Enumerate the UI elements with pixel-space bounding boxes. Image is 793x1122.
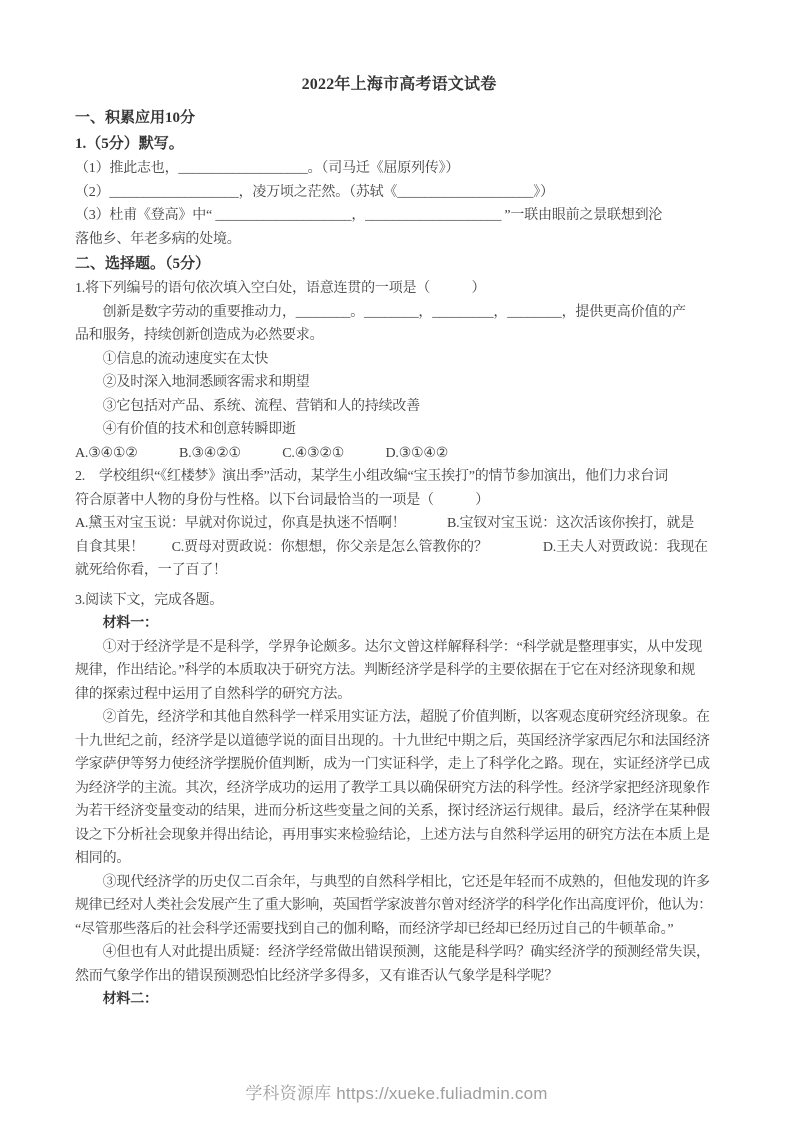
text-line: 设之下分析社会现象并得出结论，再用事实来检验结论，上述方法与自然科学运用的研究方…: [75, 824, 723, 848]
text-line: 相同的。: [75, 847, 723, 871]
text-line: 律的探索过程中运用了自然科学的研究方法。: [75, 683, 723, 707]
text-line: 创新是数字劳动的重要推动力，________。________，________…: [75, 301, 723, 325]
text-line: A.黛玉对宝玉说：早就对你说过，你真是执迷不悟啊！ B.宝钗对宝玉说：这次活该你…: [75, 512, 723, 536]
section-1-heading: 一、积累应用10分: [75, 105, 723, 131]
text-line: 品和服务，持续创新创造成为必然要求。: [75, 324, 723, 348]
text-line: ④但也有人对此提出质疑：经济学经常做出错误预测，这能是科学吗？确实经济学的预测经…: [75, 941, 723, 965]
question-1-lines: （1）推此志也，___________________。（司马迁《屈原列传》）（…: [75, 157, 723, 251]
text-line: ①信息的流动速度实在太快: [75, 348, 723, 372]
text-line: 1.将下列编号的语句依次填入空白处，语意连贯的一项是（ ）: [75, 277, 723, 301]
material-1-label: 材料一：: [75, 612, 723, 636]
text-line: 落他乡、年老多病的处境。: [75, 228, 723, 252]
text-line: 自食其果！ C.贾母对贾政说：你想想，你父亲是怎么管教你的？ D.王夫人对贾政说…: [75, 536, 723, 560]
text-line: 2. 学校组织“《红楼梦》演出季”活动，某学生小组改编“宝玉挨打”的情节参加演出…: [75, 465, 723, 489]
text-line: ②首先，经济学和其他自然科学一样采用实证方法，超脱了价值判断，以客观态度研究经济…: [75, 706, 723, 730]
text-line: ①对于经济学是不是科学，学界争论颇多。达尔文曾这样解释科学：“科学就是整理事实，…: [75, 636, 723, 660]
text-line: A.③④①② B.③④②① C.④③②① D.③①④②: [75, 442, 723, 466]
question-1-heading: 1.（5分）默写。: [75, 131, 723, 157]
text-line: 学家萨伊等努力使经济学摆脱价值判断，成为一门实证科学，走上了科学化之路。现在，实…: [75, 753, 723, 777]
text-line: （1）推此志也，___________________。（司马迁《屈原列传》）: [75, 157, 723, 181]
text-line: ②及时深入地洞悉顾客需求和期望: [75, 371, 723, 395]
text-line: 规律已经对人类社会发展产生了重大影响，英国哲学家波普尔曾对经济学的科学化作出高度…: [75, 894, 723, 918]
text-line: ④有价值的技术和创意转瞬即逝: [75, 418, 723, 442]
text-line: ③现代经济学的历史仅二百余年，与典型的自然科学相比，它还是年轻而不成熟的，但他发…: [75, 871, 723, 895]
material1-lines: ①对于经济学是不是科学，学界争论颇多。达尔文曾这样解释科学：“科学就是整理事实，…: [75, 636, 723, 989]
text-line: “尽管那些落后的社会科学还需要找到自己的伽利略，而经济学却已经却已经历过自己的牛…: [75, 918, 723, 942]
text-line: 规律，作出结论。”科学的本质取决于研究方法。判断经济学是科学的主要依据在于它在对…: [75, 659, 723, 683]
section-2-question-2-lines: 2. 学校组织“《红楼梦》演出季”活动，某学生小组改编“宝玉挨打”的情节参加演出…: [75, 465, 723, 583]
text-line: 为经济学的主流。其次，经济学成功的运用了教学工具以确保研究方法的科学性。经济学家…: [75, 777, 723, 801]
material-2-label: 材料二：: [75, 988, 723, 1012]
text-line: 十九世纪之前，经济学是以道德学说的面目出现的。十九世纪中期之后，英国经济学家西尼…: [75, 730, 723, 754]
footer-watermark: 学科资源库 https://xueke.fuliadmin.com: [0, 1079, 793, 1104]
question-3-intro: 3.阅读下文，完成各题。: [75, 589, 723, 613]
text-line: 符合原著中人物的身份与性格。以下台词最恰当的一项是（ ）: [75, 489, 723, 513]
text-line: （2）___________________，凌万顷之茫然。（苏轼《______…: [75, 181, 723, 205]
doc-title: 2022年上海市高考语文试卷: [75, 74, 723, 96]
exam-document-page: 2022年上海市高考语文试卷 一、积累应用10分 1.（5分）默写。 （1）推此…: [0, 0, 793, 1122]
text-line: ③它包括对产品、系统、流程、营销和人的持续改善: [75, 395, 723, 419]
text-line: 就死给你看，一了百了！: [75, 559, 723, 583]
section-2-question-1-lines: 1.将下列编号的语句依次填入空白处，语意连贯的一项是（ ） 创新是数字劳动的重要…: [75, 277, 723, 465]
text-line: （3）杜甫《登高》中“ ____________________，_______…: [75, 204, 723, 228]
text-line: 为若干经济变量变动的结果，进而分析这些变量之间的关系，探讨经济运行规律。最后，经…: [75, 800, 723, 824]
text-line: 然而气象学作出的错误预测恐怕比经济学多得多，又有谁否认气象学是科学呢？: [75, 965, 723, 989]
section-2-heading: 二、选择题。（5分）: [75, 251, 723, 277]
